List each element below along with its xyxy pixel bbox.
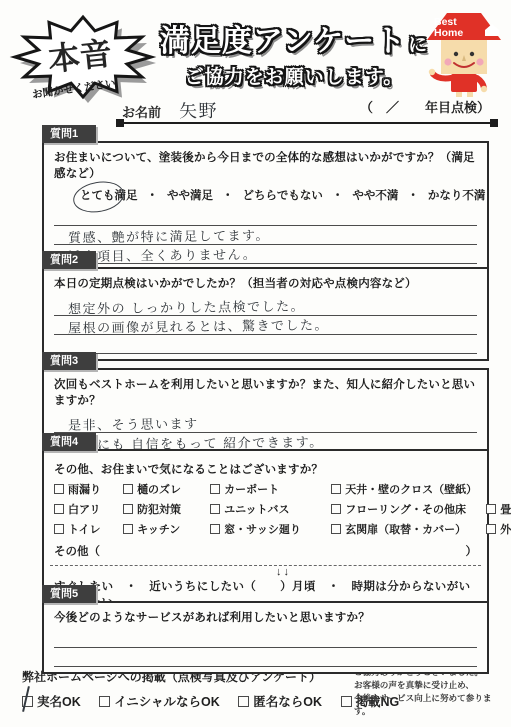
name-row: お名前 矢野 （ ／ 年目点検） xyxy=(122,97,500,123)
best-home-logo: Best Home xyxy=(423,10,505,98)
burst-star-graphic: 本音 お聞かせください xyxy=(8,6,160,110)
checkbox-icon xyxy=(331,484,341,494)
checkbox-item: 窓・サッシ廻り xyxy=(210,521,328,537)
checkbox-item: 外構 xyxy=(486,521,511,537)
question-4-section: 質問4 その他、お住まいで気になることはございますか？ 雨漏り 樋のズレ カーポ… xyxy=(42,432,489,617)
checkbox-item: 白アリ xyxy=(54,501,120,517)
checkbox-row-2: 白アリ 防犯対策 ユニットバス フローリング・その他床 畳 xyxy=(54,501,477,517)
checkbox-row-1: 雨漏り 樋のズレ カーポート 天井・壁のクロス（壁紙） xyxy=(54,481,477,497)
form-title-line1: 満足度アンケートに xyxy=(148,16,440,60)
answer-line xyxy=(54,629,477,648)
question-4-box: その他、お住まいで気になることはございますか？ 雨漏り 樋のズレ カーポート 天… xyxy=(42,449,489,617)
stamp-main-text: 本音 xyxy=(46,35,113,77)
publish-option: 実名OK xyxy=(22,692,81,710)
checkbox-item: カーポート xyxy=(210,481,328,497)
publish-option: 匿名ならOK xyxy=(238,692,322,710)
title-main-text: 満足度アンケート xyxy=(160,25,406,58)
rating-option-selected: とても満足 xyxy=(80,187,138,203)
checkbox-icon xyxy=(341,696,352,707)
checkbox-icon xyxy=(123,504,133,514)
other-label: その他（ xyxy=(54,543,100,559)
checkbox-item: 畳 xyxy=(486,501,511,517)
handwritten-answer: 是非、そう思います xyxy=(68,413,199,434)
checkbox-item: キッチン xyxy=(123,521,207,537)
name-label: お名前 xyxy=(122,105,161,120)
checkbox-item: 雨漏り xyxy=(54,481,120,497)
question-4-text: その他、お住まいで気になることはございますか？ xyxy=(54,461,477,477)
question-2-text: 本日の定期点検はいかがでしたか？（担当者の対応や点検内容など） xyxy=(54,275,477,291)
checkbox-icon xyxy=(22,696,33,707)
question-2-section: 質問2 本日の定期点検はいかがでしたか？（担当者の対応や点検内容など） 想定外の… xyxy=(42,250,489,361)
question-5-box: 今後どのようなサービスがあれば利用したいと思いますか？ xyxy=(42,601,489,674)
house-mascot-icon: Best Home xyxy=(423,10,505,98)
checkbox-icon xyxy=(54,484,64,494)
logo-text-home: Home xyxy=(434,27,463,39)
rating-option: どちらでもない xyxy=(243,187,323,203)
question-4-tab: 質問4 xyxy=(42,433,96,451)
rating-option: やや満足 xyxy=(167,187,213,203)
publish-option: イニシャルならOK xyxy=(99,692,220,710)
question-3-section: 質問3 次回もベストホームを利用したいと思いますか？また、知人に紹介したいと思い… xyxy=(42,351,489,459)
form-title-line2: ご協力をお願いします。 xyxy=(148,62,440,89)
rating-option: やや不満 xyxy=(352,187,398,203)
publish-consent-section: 弊社ホームページへの掲載（点検写真及びアンケート） 実名OK イニシャルならOK… xyxy=(22,668,502,710)
checkbox-item: 玄関扉（取替・カバー） xyxy=(331,521,483,537)
question-1-box: お住まいについて、塗装後から今日までの全体的な感想はいかがですか？（満足感など）… xyxy=(42,141,489,271)
question-5-text: 今後どのようなサービスがあれば利用したいと思いますか？ xyxy=(54,609,477,625)
answer-line: 質感、艶が特に満足してます。 xyxy=(54,226,477,245)
checkbox-icon xyxy=(331,504,341,514)
option-separator: ・ xyxy=(332,190,344,202)
line-end-square xyxy=(490,119,498,127)
checkbox-icon xyxy=(331,524,341,534)
question-1-tab: 質問1 xyxy=(42,125,96,143)
checkbox-item: トイレ xyxy=(54,521,120,537)
checkbox-icon xyxy=(54,504,64,514)
survey-form-scan: 本音 お聞かせください 満足度アンケートに ご協力をお願いします。 Best H… xyxy=(0,0,511,727)
answer-line: 想定外の しっかりした点検でした。 xyxy=(54,297,477,316)
answer-line xyxy=(54,207,477,226)
question-3-tab: 質問3 xyxy=(42,352,96,370)
checkbox-row-3: トイレ キッチン 窓・サッシ廻り 玄関扉（取替・カバー） 外構 xyxy=(54,521,477,537)
question-5-tab: 質問5 xyxy=(42,585,96,603)
question-2-tab: 質問2 xyxy=(42,251,96,269)
handwritten-name: 矢野 xyxy=(179,97,218,123)
rating-option: かなり不満 xyxy=(428,187,486,203)
checkbox-icon xyxy=(123,484,133,494)
question-1-text: お住まいについて、塗装後から今日までの全体的な感想はいかがですか？（満足感など） xyxy=(54,149,477,181)
checkbox-icon xyxy=(54,524,64,534)
checkbox-item: 防犯対策 xyxy=(123,501,207,517)
checkbox-icon xyxy=(210,524,220,534)
answer-line xyxy=(54,648,477,667)
rating-options: とても満足・やや満足・どちらでもない・やや不満・かなり不満 xyxy=(80,187,477,203)
form-title: 満足度アンケートに ご協力をお願いします。 xyxy=(148,16,440,89)
handwritten-answer: 屋根の画像が見れるとは、驚きでした。 xyxy=(68,314,329,336)
checkbox-icon xyxy=(486,504,496,514)
answer-line: 是非、そう思います xyxy=(54,414,477,433)
checkbox-icon xyxy=(238,696,249,707)
inspection-year-label: （ ／ 年目点検） xyxy=(360,97,490,116)
question-1-section: 質問1 お住まいについて、塗装後から今日までの全体的な感想はいかがですか？（満足… xyxy=(42,124,489,271)
handwritten-answer: 減点項目、全くありません。 xyxy=(68,244,257,265)
checkbox-icon xyxy=(210,504,220,514)
other-close-paren: ） xyxy=(466,543,478,559)
question-3-box: 次回もベストホームを利用したいと思いますか？また、知人に紹介したいと思いますか？… xyxy=(42,368,489,459)
option-separator: ・ xyxy=(147,190,159,202)
checkbox-icon xyxy=(486,524,496,534)
checkbox-item: 樋のズレ xyxy=(123,481,207,497)
thanks-line: お客様の声を真摯に受け止め、 xyxy=(354,679,504,692)
question-2-box: 本日の定期点検はいかがでしたか？（担当者の対応や点検内容など） 想定外の しっか… xyxy=(42,267,489,361)
checkbox-icon xyxy=(123,524,133,534)
honne-burst-stamp: 本音 お聞かせください xyxy=(8,6,160,110)
answer-line: 減点項目、全くありません。 xyxy=(54,245,477,264)
thanks-line: 今後もサービス向上に努めて参ります。 xyxy=(354,692,504,718)
checkbox-item: 天井・壁のクロス（壁紙） xyxy=(331,481,477,497)
checkbox-item: ユニットバス xyxy=(210,501,328,517)
question-3-text: 次回もベストホームを利用したいと思いますか？また、知人に紹介したいと思いますか？ xyxy=(54,376,477,408)
checkbox-icon xyxy=(99,696,110,707)
answer-line xyxy=(54,335,477,354)
answer-line: 屋根の画像が見れるとは、驚きでした。 xyxy=(54,316,477,335)
handwritten-answer: 質感、艶が特に満足してます。 xyxy=(68,225,270,246)
other-field: その他（ ） xyxy=(54,543,477,559)
checkbox-icon xyxy=(210,484,220,494)
option-separator: ・ xyxy=(222,190,234,202)
option-separator: ・ xyxy=(407,190,419,202)
checkbox-item: フローリング・その他床 xyxy=(331,501,483,517)
timing-arrows: ↓↓ xyxy=(54,566,477,578)
